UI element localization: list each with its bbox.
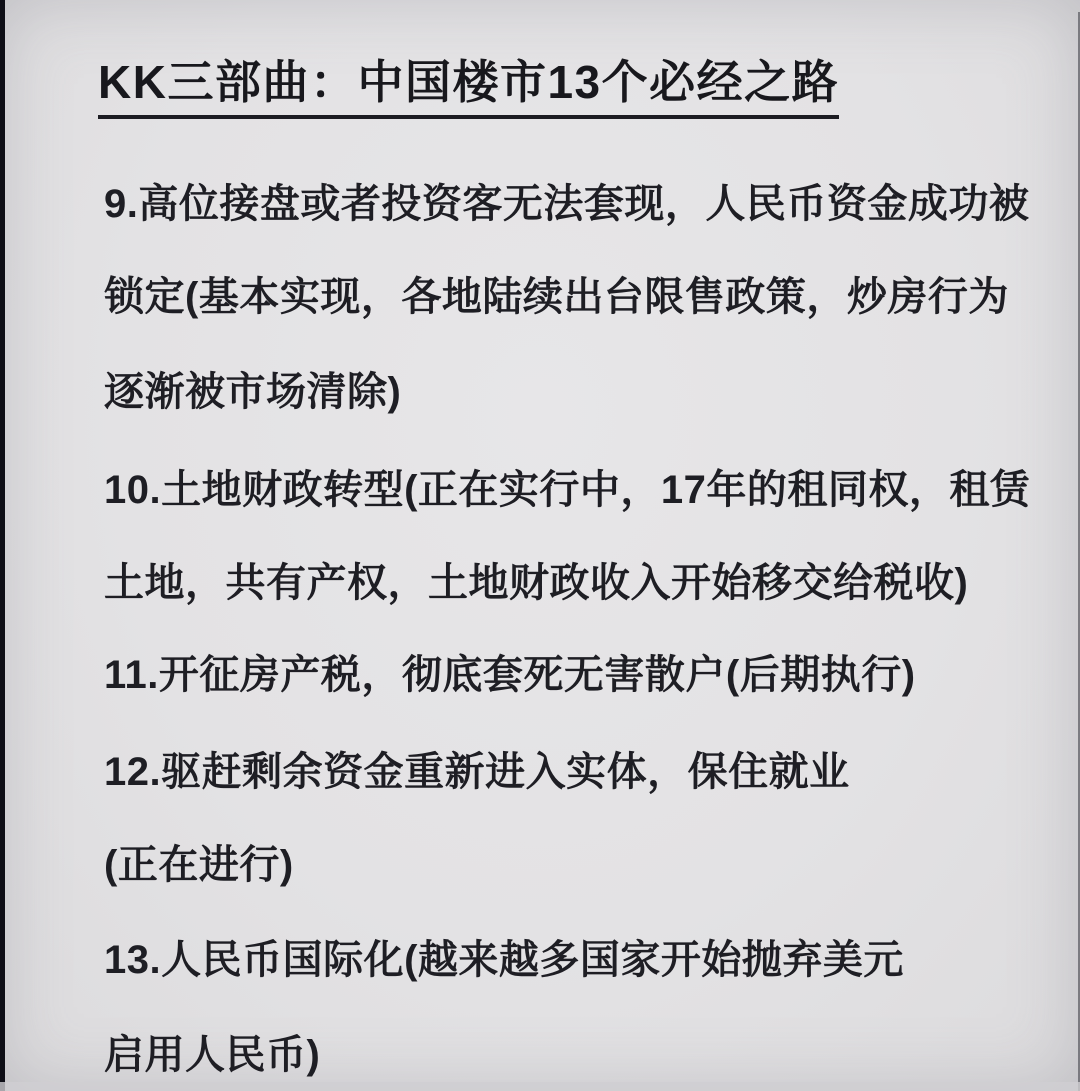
body-line: 10.土地财政转型(正在实行中，17年的租同权，租赁 bbox=[104, 458, 1030, 515]
photo-left-edge-artifact bbox=[0, 0, 5, 1091]
body-line: 13.人民币国际化(越来越多国家开始抛弃美元 bbox=[104, 928, 904, 985]
photo-bottom-band-artifact bbox=[0, 1082, 1080, 1091]
body-line: 逐渐被市场清除) bbox=[104, 360, 401, 417]
photographed-document-page: KK三部曲：中国楼市13个必经之路 9.高位接盘或者投资客无法套现，人民币资金成… bbox=[0, 0, 1080, 1091]
document-title: KK三部曲：中国楼市13个必经之路 bbox=[98, 46, 839, 119]
body-line: 锁定(基本实现，各地陆续出台限售政策，炒房行为 bbox=[104, 265, 1009, 322]
body-line: (正在进行) bbox=[104, 833, 294, 890]
body-line: 11.开征房产税，彻底套死无害散户(后期执行) bbox=[104, 643, 916, 700]
body-line: 12.驱赶剩余资金重新进入实体，保住就业 bbox=[104, 740, 850, 797]
body-line: 启用人民币) bbox=[104, 1023, 320, 1080]
body-line: 土地，共有产权，土地财政收入开始移交给税收) bbox=[104, 551, 968, 608]
body-line: 9.高位接盘或者投资客无法套现，人民币资金成功被 bbox=[104, 172, 1029, 229]
